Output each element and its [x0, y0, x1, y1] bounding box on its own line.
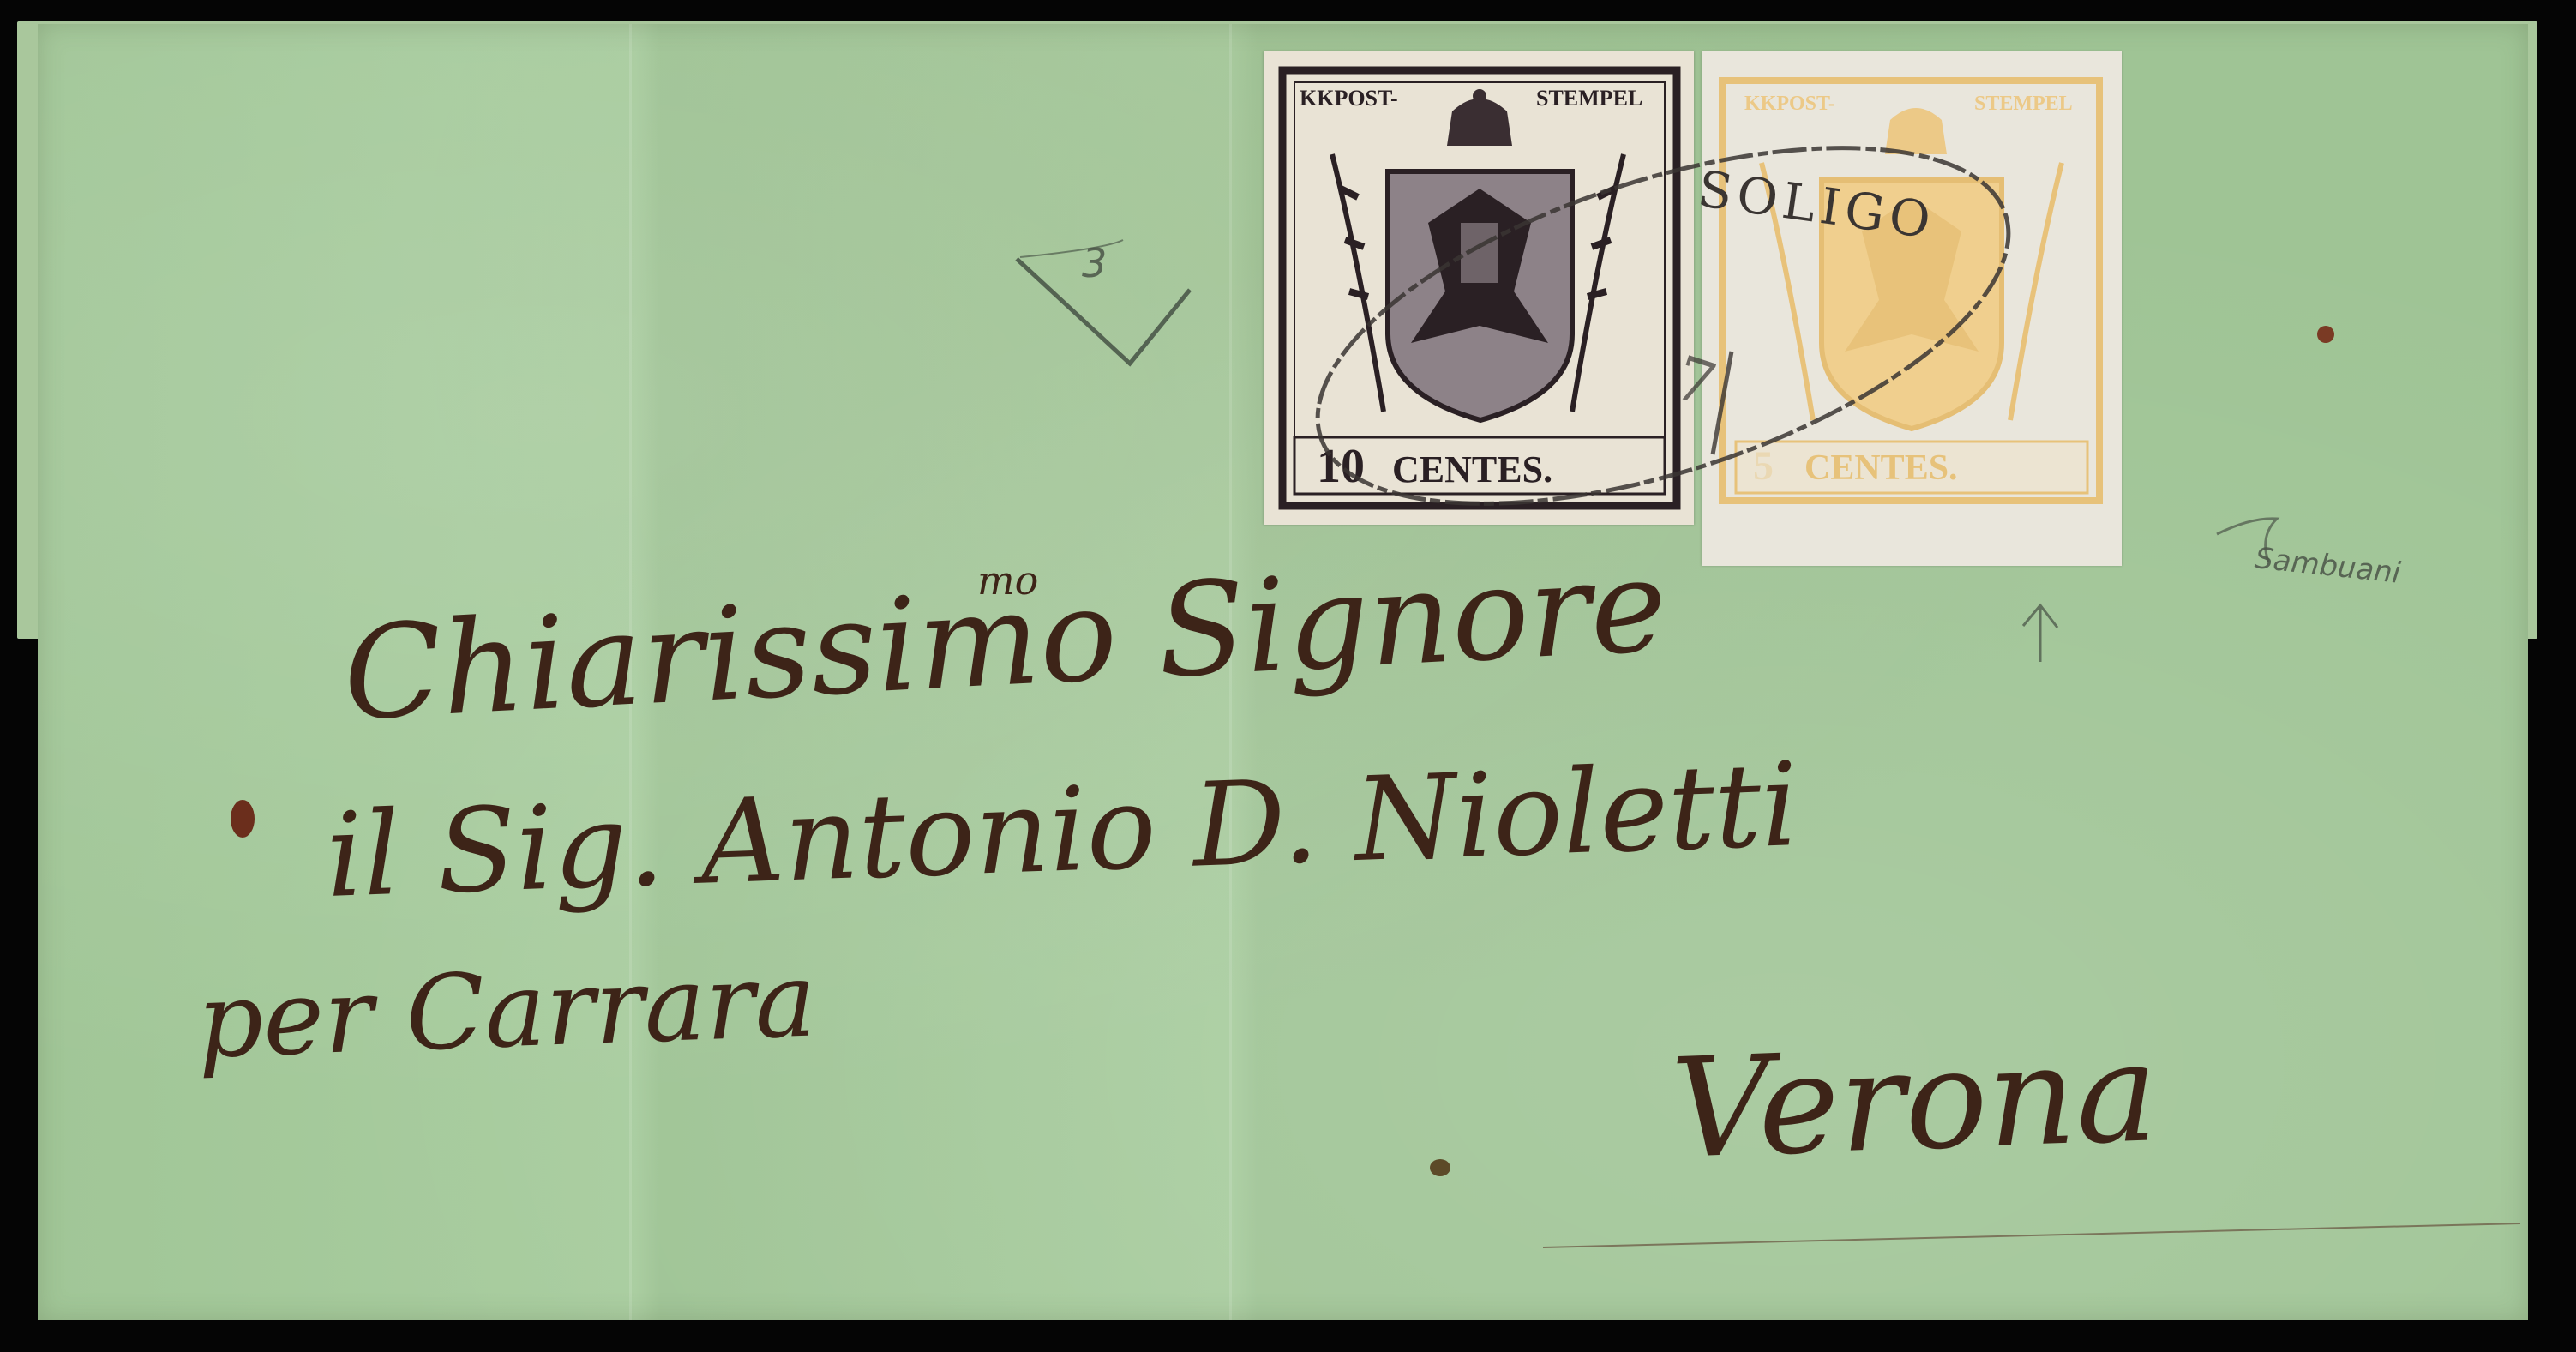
stamp-value-numeral: 10 [1317, 439, 1365, 494]
pencil-corner-mark: 3 [1082, 240, 1107, 286]
stamp-inscription-left: KKPOST- [1744, 93, 1835, 116]
stamp-value-text: CENTES. [1804, 448, 1958, 489]
stamp-10-centes-black: KKPOST- STEMPEL 10 CENTES. [1264, 51, 1694, 525]
stamp-5-centes-yellow: KKPOST- STEMPEL 5 CENTES. [1702, 51, 2122, 566]
address-line-4-destination: Verona [1669, 1012, 2160, 1189]
address-superscript: mo [977, 557, 1038, 604]
address-line-3: per Carrara [195, 940, 818, 1081]
stamp-inscription-right: STEMPEL [1536, 86, 1642, 111]
stamp-value-numeral: 5 [1753, 442, 1774, 490]
stamp-inscription-left: KKPOST- [1300, 86, 1398, 111]
stamp-inscription-right: STEMPEL [1974, 93, 2073, 116]
stamp-value-text: CENTES. [1392, 448, 1552, 491]
